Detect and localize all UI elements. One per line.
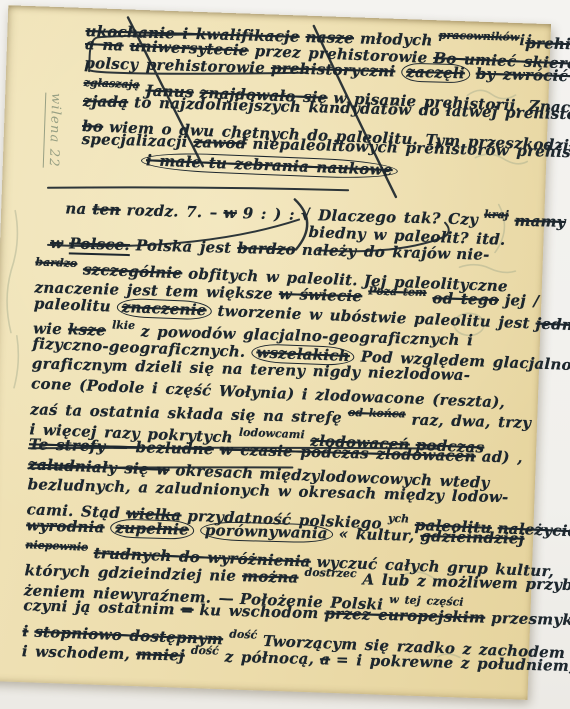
text-segment: w świecie bbox=[279, 285, 363, 305]
text-segment: pracowników bbox=[439, 29, 520, 44]
text-segment: = bbox=[180, 601, 193, 619]
text-segment: A lub z bbox=[362, 570, 426, 590]
text-segment: by zwrócić się do tego bbox=[476, 65, 570, 88]
text-segment: niepewnie bbox=[25, 538, 88, 553]
text-segment: zgłaszają bbox=[83, 76, 139, 91]
text-segment: ten bbox=[92, 200, 121, 219]
text-segment: w bbox=[50, 234, 64, 252]
text-segment: i wschodem, bbox=[22, 642, 131, 663]
text-segment: od końca bbox=[348, 405, 406, 420]
text-segment: lkie bbox=[112, 318, 135, 332]
text-segment: Polsce. bbox=[69, 234, 130, 256]
text-segment: « kultur, bbox=[339, 524, 415, 544]
main-paragraph: wPolsce.Polska jestbardzonależy do krajó… bbox=[22, 232, 536, 673]
text-segment: prehistoryczni bbox=[271, 59, 396, 80]
text-segment: dostrzec bbox=[304, 566, 356, 580]
text-segment: a bbox=[320, 650, 330, 668]
text-segment: przesmyku, bbox=[491, 609, 570, 630]
text-segment: dość bbox=[229, 627, 257, 641]
text-segment: zjadą bbox=[83, 92, 129, 111]
text-segment: 9 : ) : bbox=[242, 204, 294, 223]
text-segment: możliwem przybli- bbox=[432, 572, 570, 594]
text-segment: lodowcami bbox=[239, 425, 305, 441]
text-segment: na bbox=[65, 199, 87, 218]
text-segment: bardzo bbox=[35, 256, 77, 271]
text-segment: zaczęli bbox=[401, 63, 470, 84]
text-segment: specjalizacji bbox=[81, 130, 187, 151]
text-segment: od tego bbox=[432, 290, 499, 310]
text-segment: jej / bbox=[505, 291, 540, 310]
margin-note-pencil: wilena 22 bbox=[43, 93, 64, 168]
text-segment: w bbox=[223, 204, 237, 222]
text-segment: przez europejskim bbox=[324, 605, 485, 627]
text-segment: rozdz. 7. – bbox=[126, 201, 217, 221]
manuscript-line: natenrozdz. 7. –w9 : ) :√ Dlaczego tak? … bbox=[65, 193, 535, 226]
text-segment: gdzieindziej bbox=[420, 527, 524, 548]
text-segment: bardzo bbox=[237, 239, 296, 259]
text-segment: z północą, bbox=[224, 647, 314, 667]
text-segment: nie- bbox=[456, 245, 490, 264]
text-segment: paleolitu bbox=[34, 294, 112, 315]
crossed-out-paragraph: ukochanie i kwalifikacjenaszemłodychprac… bbox=[81, 16, 536, 184]
text-segment: jedna bbox=[535, 314, 570, 334]
text-segment: Poza tem bbox=[368, 285, 427, 300]
text-segment: zawód bbox=[193, 133, 246, 152]
text-segment: Polska jest bbox=[136, 236, 232, 257]
text-segment: wyrodnia bbox=[26, 516, 105, 536]
text-segment: ku wschodom bbox=[199, 601, 318, 622]
text-segment: ych bbox=[388, 512, 410, 526]
text-segment: należy do krajów bbox=[302, 241, 451, 263]
text-segment: mniej bbox=[136, 645, 185, 664]
text-segment: zupełnie bbox=[110, 518, 194, 539]
text-segment: dość bbox=[191, 643, 219, 657]
text-segment: porównywania bbox=[200, 521, 333, 544]
text-segment: czyni ją ostatnim bbox=[23, 597, 175, 619]
text-segment: a na bbox=[85, 35, 124, 55]
text-segment: mamy bbox=[514, 212, 566, 231]
text-segment: łatwej prehistorii. bbox=[446, 102, 570, 124]
manuscript-page: ii wilena 22 ukochanie i kwalifikacjenas… bbox=[0, 5, 551, 700]
text-segment: raz, dwa, trzy bbox=[411, 410, 531, 431]
text-segment: kraj bbox=[484, 208, 509, 222]
text-segment: ad) , bbox=[482, 447, 523, 466]
